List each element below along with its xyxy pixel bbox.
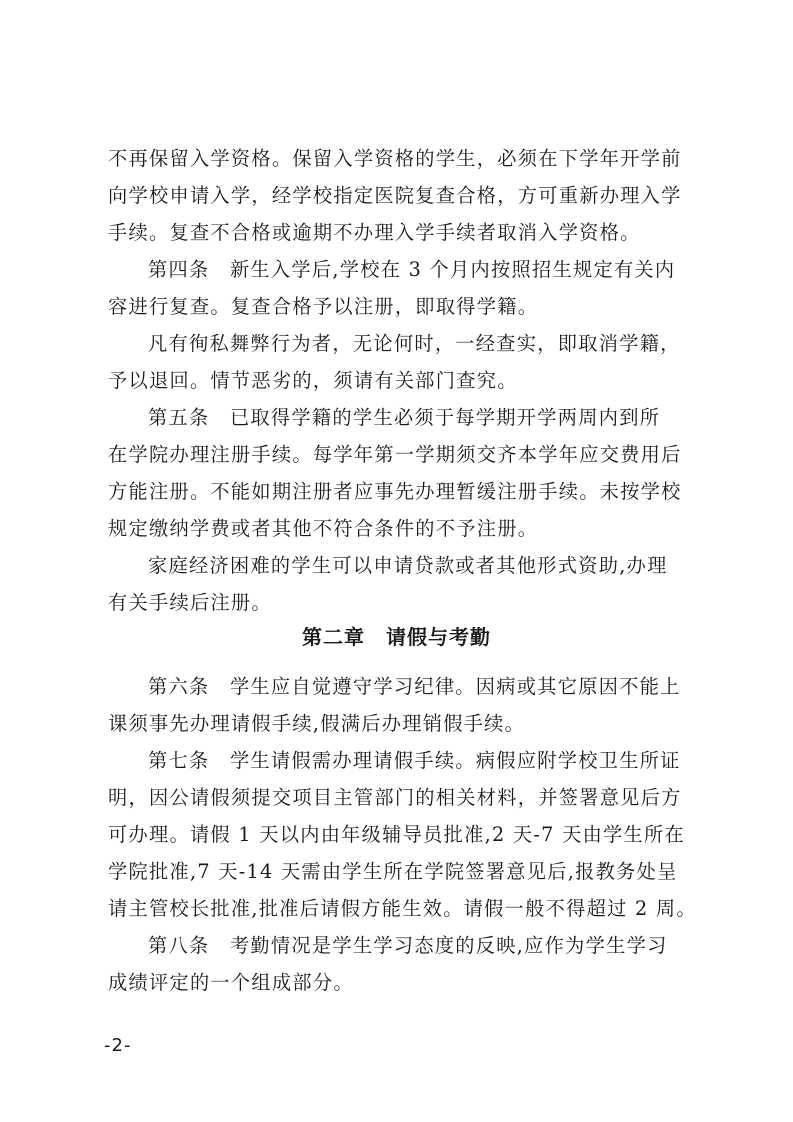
paragraph-line: 成绩评定的一个组成部分。 (108, 964, 692, 1001)
article-7-line: 第七条 学生请假需办理请假手续。病假应附学校卫生所证 (108, 742, 692, 779)
paragraph-line: 凡有徇私舞弊行为者，无论何时，一经查实，即取消学籍， (108, 325, 692, 362)
paragraph-line: 方能注册。不能如期注册者应事先办理暂缓注册手续。未按学校 (108, 473, 692, 510)
paragraph-line: 请主管校长批准,批准后请假方能生效。请假一般不得超过 2 周。 (108, 890, 692, 927)
paragraph-line: 向学校申请入学，经学校指定医院复查合格，方可重新办理入学 (108, 177, 692, 214)
paragraph-line: 规定缴纳学费或者其他不符合条件的不予注册。 (108, 510, 692, 547)
paragraph-line: 课须事先办理请假手续,假满后办理销假手续。 (108, 705, 692, 742)
paragraph-line: 不再保留入学资格。保留入学资格的学生，必须在下学年开学前 (108, 140, 692, 177)
paragraph-line: 予以退回。情节恶劣的，须请有关部门查究。 (108, 362, 692, 399)
paragraph-line: 容进行复查。复查合格予以注册，即取得学籍。 (108, 288, 692, 325)
article-6-line: 第六条 学生应自觉遵守学习纪律。因病或其它原因不能上 (108, 668, 692, 705)
chapter-heading: 第二章 请假与考勤 (0, 620, 793, 654)
article-5-line: 第五条 已取得学籍的学生必须于每学期开学两周内到所 (108, 399, 692, 436)
paragraph-line: 手续。复查不合格或逾期不办理入学手续者取消入学资格。 (108, 214, 692, 251)
article-8-line: 第八条 考勤情况是学生学习态度的反映,应作为学生学习 (108, 927, 692, 964)
paragraph-line: 有关手续后注册。 (108, 584, 692, 621)
page-number: -2- (104, 1035, 131, 1056)
document-page: 不再保留入学资格。保留入学资格的学生，必须在下学年开学前 向学校申请入学，经学校… (0, 0, 793, 1122)
text-block-leave-attendance: 第六条 学生应自觉遵守学习纪律。因病或其它原因不能上 课须事先办理请假手续,假满… (108, 668, 692, 1001)
paragraph-line: 家庭经济困难的学生可以申请贷款或者其他形式资助,办理 (108, 547, 692, 584)
article-4-line: 第四条 新生入学后,学校在 3 个月内按照招生规定有关内 (108, 251, 692, 288)
paragraph-line: 可办理。请假 1 天以内由年级辅导员批准,2 天-7 天由学生所在 (108, 816, 692, 853)
paragraph-line: 明，因公请假须提交项目主管部门的相关材料，并签署意见后方 (108, 779, 692, 816)
paragraph-line: 在学院办理注册手续。每学年第一学期须交齐本学年应交费用后 (108, 436, 692, 473)
paragraph-line: 学院批准,7 天-14 天需由学生所在学院签署意见后,报教务处呈 (108, 853, 692, 890)
text-block-registration: 不再保留入学资格。保留入学资格的学生，必须在下学年开学前 向学校申请入学，经学校… (108, 140, 692, 621)
